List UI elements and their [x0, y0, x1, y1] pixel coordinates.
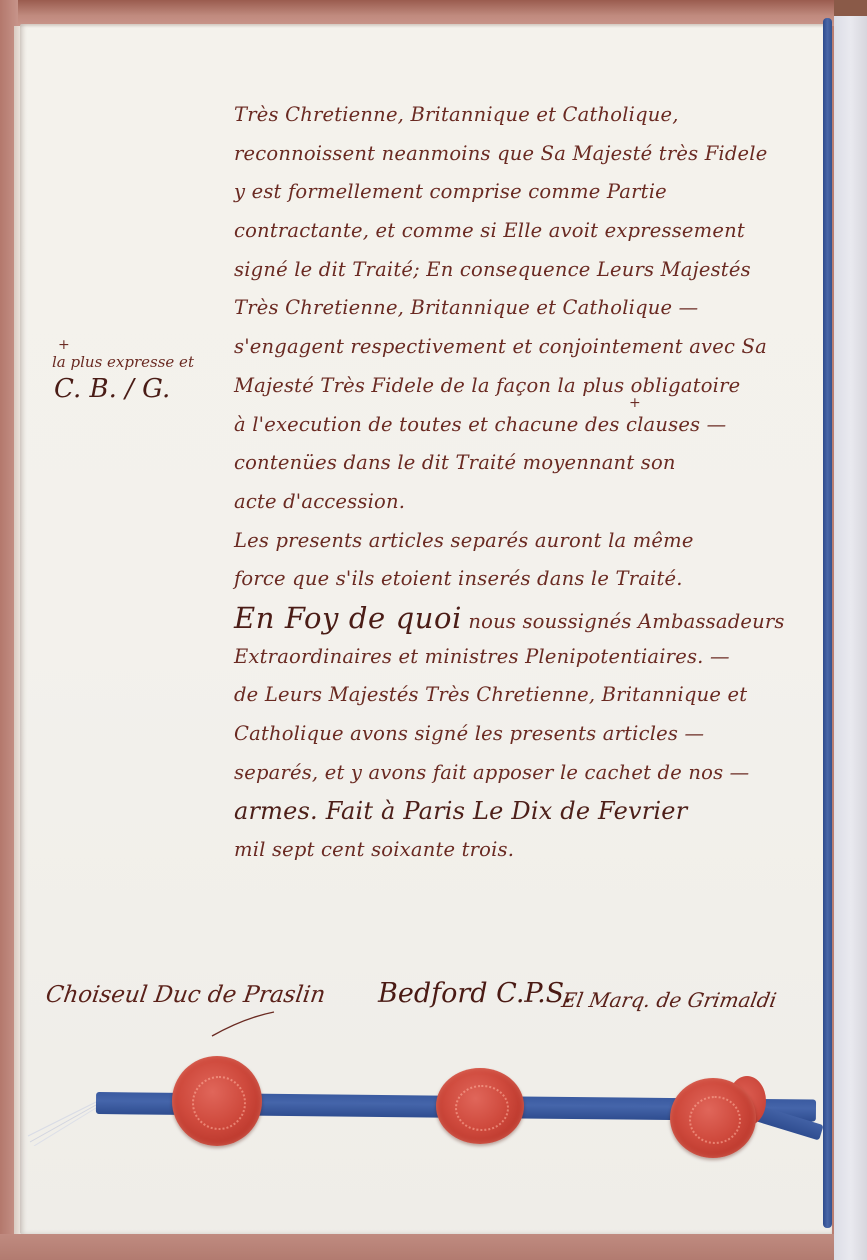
wax-seal-icon: [436, 1068, 524, 1144]
heading-phrase: En Foy de quoi: [234, 601, 462, 635]
signatures: Choiseul Duc de Praslin Bedford C.P.S. E…: [46, 978, 826, 1038]
backing-board-top: [0, 0, 867, 26]
signature-grimaldi: El Marq. de Grimaldi: [560, 988, 778, 1012]
signature-bedford: Bedford C.P.S.: [378, 978, 572, 1009]
text-line: contenües dans le dit Traité moyennant s…: [234, 444, 824, 483]
date-place-text: armes. Fait à Paris Le Dix de Fevrier: [234, 797, 687, 825]
text-line: acte d'accession.: [234, 483, 824, 522]
text-line: s'engagent respectivement et conjointeme…: [234, 328, 824, 367]
spine-ribbon: [823, 18, 832, 1228]
backing-board-bottom: [0, 1234, 867, 1260]
signature-flourish: [204, 1008, 284, 1038]
treaty-text: Très Chretienne, Britannique et Catholiq…: [234, 96, 824, 870]
text-line: Catholique avons signé les presents arti…: [234, 715, 824, 754]
wax-seal-icon: [172, 1056, 262, 1146]
text-line: Les presents articles separés auront la …: [234, 522, 824, 561]
margin-note-text: la plus expresse et: [52, 352, 232, 372]
facing-leaf: [834, 16, 867, 1260]
text-line: Majesté Très Fidele de la façon la plus …: [234, 367, 824, 406]
text-line-rest: nous soussignés Ambassadeurs: [468, 610, 784, 633]
ribbon-threads: [24, 1096, 104, 1146]
text-line: separés, et y avons fait apposer le cach…: [234, 754, 824, 793]
signature-choiseul: Choiseul Duc de Praslin: [44, 982, 327, 1008]
text-line: Très Chretienne, Britannique et Catholiq…: [234, 96, 824, 135]
margin-note: + la plus expresse et C. B. / G.: [52, 338, 232, 406]
wax-seal-icon: [670, 1078, 756, 1158]
date-place-line: armes. Fait à Paris Le Dix de Fevrier: [234, 792, 824, 831]
text-line: Extraordinaires et ministres Plenipotent…: [234, 638, 824, 677]
text-line: reconnoissent neanmoins que Sa Majesté t…: [234, 135, 824, 174]
text-line: à l'execution de toutes et chacune des c…: [234, 406, 824, 445]
text-line: Très Chretienne, Britannique et Catholiq…: [234, 289, 824, 328]
text-line: y est formellement comprise comme Partie: [234, 173, 824, 212]
margin-initials: C. B. / G.: [54, 372, 232, 406]
text-line: de Leurs Majestés Très Chretienne, Brita…: [234, 676, 824, 715]
text-line: contractante, et comme si Elle avoit exp…: [234, 212, 824, 251]
en-foy-de-quoi-line: En Foy de quoi nous soussignés Ambassade…: [234, 599, 824, 638]
text-line: force que s'ils etoient inserés dans le …: [234, 560, 824, 599]
text-line: mil sept cent soixante trois.: [234, 831, 824, 870]
text-line: signé le dit Traité; En consequence Leur…: [234, 251, 824, 290]
margin-cross-mark: +: [58, 338, 232, 352]
